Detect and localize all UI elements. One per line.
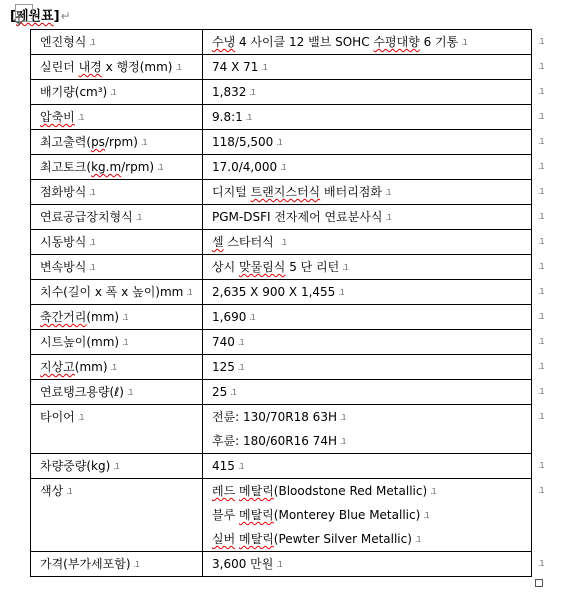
misspelled-text: ps (91, 135, 105, 149)
cell-end-mark: .1 (249, 81, 255, 104)
spec-text: 연료탱크용량(ℓ) (40, 385, 124, 399)
cell-end-mark: .1 (249, 306, 255, 329)
text-line: 치수(길이 x 폭 x 높이)mm.1 (31, 280, 202, 304)
spec-text: 가격(부가세포함) (40, 557, 131, 571)
text-line: 배기량(cm³).1 (31, 80, 202, 104)
table-row: 연료공급장치형식.1PGM-DSFI 전자제어 연료분사식.1.1 (30, 205, 532, 230)
text-line: 디지털 트랜지스터식 배터리점화.1 (203, 180, 531, 204)
spec-label-cell: 연료공급장치형식.1 (30, 205, 203, 229)
misspelled-text: 실버 (212, 532, 235, 546)
spec-text: 차량중량(kg) (40, 459, 110, 473)
spec-label-cell: 연료탱크용량(ℓ).1 (30, 380, 203, 404)
cell-end-mark: .1 (113, 455, 119, 478)
cell-end-mark: .1 (340, 430, 346, 453)
text-line: 점화방식.1 (31, 180, 202, 204)
row-end-mark: .1 (538, 486, 544, 495)
misspelled-text: 레드 (212, 484, 235, 498)
text-line: 125.1 (203, 355, 531, 379)
spec-text: 125 (212, 360, 235, 374)
misspelled-text: 수냉 (212, 35, 235, 49)
spec-label-cell: 차량중량(kg).1 (30, 454, 203, 478)
text-line: 수냉 4 사이클 12 밸브 SOHC 수평대향 6 기통.1 (203, 30, 531, 54)
cell-end-mark: .1 (122, 306, 128, 329)
spec-value-cell: 125.1 (203, 355, 532, 379)
spec-label-cell: 색상.1 (30, 479, 203, 551)
text-line: 최고출력(ps/rpm).1 (31, 130, 202, 154)
text-line: 가격(부가세포함).1 (31, 552, 202, 576)
spec-label-cell: 압축비.1 (30, 105, 203, 129)
spec-value-cell: 740.1 (203, 330, 532, 354)
spec-value-cell: 25.1 (203, 380, 532, 404)
spec-value-cell: 1,690.1 (203, 305, 532, 329)
row-end-mark: .1 (538, 187, 544, 196)
text-line (31, 503, 202, 527)
text-line: 차량중량(kg).1 (31, 454, 202, 478)
cell-end-mark: .1 (136, 206, 142, 229)
misspelled-text: 셀 (212, 235, 224, 249)
text-line: 17.0/4,000.1 (203, 155, 531, 179)
row-end-mark: .1 (538, 62, 544, 71)
text-line: 변속방식.1 (31, 255, 202, 279)
spec-label-cell: 가격(부가세포함).1 (30, 552, 203, 576)
spec-text: 2,635 X 900 X 1,455 (212, 285, 335, 299)
spec-value-cell: 레드 메탈릭(Bloodstone Red Metallic).1블루 메탈릭(… (203, 479, 532, 551)
text-line: 타이어.1 (31, 405, 202, 429)
misspelled-text: 내경 (79, 60, 102, 74)
misspelled-text: 축간거리 (40, 310, 86, 324)
table-row: 축간거리(mm).11,690.1.1 (30, 305, 532, 330)
spec-text: PGM-DSFI 전자제어 연료분사식 (212, 210, 382, 224)
row-end-mark: .1 (538, 387, 544, 396)
spec-text: 118/5,500 (212, 135, 273, 149)
table-row: 시동방식.1셀 스타터식 .1.1 (30, 230, 532, 255)
cell-end-mark: .1 (78, 106, 84, 129)
text-line: 시동방식.1 (31, 230, 202, 254)
table-row: 점화방식.1디지털 트랜지스터식 배터리점화.1.1 (30, 180, 532, 205)
table-resize-handle[interactable] (535, 579, 543, 587)
misspelled-text: 트랜지스터식 (251, 185, 321, 199)
cell-end-mark: .1 (246, 106, 252, 129)
spec-label-cell: 변속방식.1 (30, 255, 203, 279)
text-line: 최고토크(kg.m/rpm).1 (31, 155, 202, 179)
spec-text: 4 사이클 12 밸브 SOHC (235, 35, 373, 49)
spec-text: 5 단 리턴 (285, 260, 339, 274)
spec-label-cell: 치수(길이 x 폭 x 높이)mm.1 (30, 280, 203, 304)
row-end-mark: .1 (538, 559, 544, 568)
spec-value-cell: PGM-DSFI 전자제어 연료분사식.1 (203, 205, 532, 229)
row-end-mark: .1 (538, 287, 544, 296)
cell-end-mark: .1 (238, 356, 244, 379)
table-row: 지상고(mm).1125.1.1 (30, 355, 532, 380)
text-line: 후륜: 180/60R16 74H.1 (203, 429, 531, 453)
cell-end-mark: .1 (423, 504, 429, 527)
object-anchor-icon[interactable] (13, 11, 25, 25)
table-row: 색상.1레드 메탈릭(Bloodstone Red Metallic).1블루 … (30, 479, 532, 552)
spec-text: (mm) (86, 310, 119, 324)
spec-value-cell: 디지털 트랜지스터식 배터리점화.1 (203, 180, 532, 204)
misspelled-text: 맞물림식 (239, 260, 285, 274)
table-row: 변속방식.1상시 맞물림식 5 단 리턴.1.1 (30, 255, 532, 280)
spec-text: (Bloodstone Red Metallic) (274, 484, 427, 498)
cell-end-mark: .1 (127, 381, 133, 404)
cell-end-mark: .1 (280, 156, 286, 179)
misspelled-text: 지상고 (40, 360, 75, 374)
cell-end-mark: .1 (122, 331, 128, 354)
row-end-mark: .1 (538, 237, 544, 246)
table-row: 배기량(cm³).11,832.1.1 (30, 80, 532, 105)
text-line: 25.1 (203, 380, 531, 404)
text-line: 레드 메탈릭(Bloodstone Red Metallic).1 (203, 479, 531, 503)
spec-text: 상시 (212, 260, 239, 274)
text-line: 지상고(mm).1 (31, 355, 202, 379)
cell-end-mark: .1 (238, 455, 244, 478)
spec-text: (Pewter Silver Metallic) (274, 532, 412, 546)
cell-end-mark: .1 (385, 206, 391, 229)
cell-end-mark: .1 (281, 231, 287, 254)
text-line: 1,832.1 (203, 80, 531, 104)
spec-text: 시동방식 (40, 235, 86, 249)
text-line: 118/5,500.1 (203, 130, 531, 154)
spec-label-cell: 실린더 내경 x 행정(mm).1 (30, 55, 203, 79)
table-row: 치수(길이 x 폭 x 높이)mm.12,635 X 900 X 1,455.1… (30, 280, 532, 305)
row-end-mark: .1 (538, 37, 544, 46)
cell-end-mark: .1 (385, 181, 391, 204)
spec-text: 740 (212, 335, 235, 349)
text-line: 색상.1 (31, 479, 202, 503)
spec-value-cell: 17.0/4,000.1 (203, 155, 532, 179)
text-line: 9.8:1.1 (203, 105, 531, 129)
spec-value-cell: 수냉 4 사이클 12 밸브 SOHC 수평대향 6 기통.1 (203, 30, 532, 54)
row-end-mark: .1 (538, 337, 544, 346)
cell-end-mark: .1 (89, 31, 95, 54)
spec-text: 치수(길이 x 폭 x 높이)mm (40, 285, 183, 299)
spec-text: 후륜: 180/60R16 74H (212, 434, 337, 448)
cell-end-mark: .1 (89, 256, 95, 279)
misspelled-text: 메탈릭 (239, 532, 274, 546)
spec-text: /rpm) (105, 135, 138, 149)
paragraph-mark-icon: ↵ (61, 9, 71, 23)
cell-end-mark: .1 (89, 231, 95, 254)
cell-end-mark: .1 (430, 480, 436, 503)
cell-end-mark: .1 (415, 528, 421, 551)
spec-text: 1,832 (212, 85, 246, 99)
spec-text: (Monterey Blue Metallic) (274, 508, 420, 522)
text-line: 블루 메탈릭(Monterey Blue Metallic).1 (203, 503, 531, 527)
row-end-mark: .1 (538, 312, 544, 321)
spec-text: (mm) (75, 360, 108, 374)
cell-end-mark: .1 (89, 181, 95, 204)
spec-text: /rpm) (121, 160, 154, 174)
misspelled-text: 수평대향 (373, 35, 419, 49)
cell-end-mark: .1 (276, 553, 282, 576)
spec-text: x 행정(mm) (102, 60, 173, 74)
cell-end-mark: .1 (230, 381, 236, 404)
table-row: 연료탱크용량(ℓ).125.1.1 (30, 380, 532, 405)
spec-text: 블루 (212, 508, 239, 522)
spec-text: 6 기통 (420, 35, 458, 49)
spec-value-cell: 3,600 만원.1 (203, 552, 532, 576)
cell-end-mark: .1 (78, 406, 84, 429)
text-line: 1,690.1 (203, 305, 531, 329)
misspelled-text: 메탈릭 (239, 508, 274, 522)
cell-end-mark: .1 (261, 56, 267, 79)
table-row: 시트높이(mm).1740.1.1 (30, 330, 532, 355)
text-line: 엔진형식.1 (31, 30, 202, 54)
table-row: 타이어.1전륜: 130/70R18 63H.1후륜: 180/60R16 74… (30, 405, 532, 454)
row-end-mark: .1 (538, 362, 544, 371)
spec-text: 실린더 (40, 60, 79, 74)
text-line: 전륜: 130/70R18 63H.1 (203, 405, 531, 429)
spec-text: 색상 (40, 484, 63, 498)
spec-text: 최고토크( (40, 160, 91, 174)
title-close-bracket: ] (54, 9, 60, 24)
spec-text: 연료공급장치형식 (40, 210, 133, 224)
text-line: 셀 스타터식 .1 (203, 230, 531, 254)
row-end-mark: .1 (538, 412, 544, 421)
spec-label-cell: 타이어.1 (30, 405, 203, 453)
text-line: 연료탱크용량(ℓ).1 (31, 380, 202, 404)
text-line: 압축비.1 (31, 105, 202, 129)
cell-end-mark: .1 (175, 56, 181, 79)
table-row: 엔진형식.1수냉 4 사이클 12 밸브 SOHC 수평대향 6 기통.1.1 (30, 30, 532, 55)
spec-text: 74 X 71 (212, 60, 258, 74)
text-line: PGM-DSFI 전자제어 연료분사식.1 (203, 205, 531, 229)
text-line: 연료공급장치형식.1 (31, 205, 202, 229)
text-line: 740.1 (203, 330, 531, 354)
spec-text: 변속방식 (40, 260, 86, 274)
cell-end-mark: .1 (342, 256, 348, 279)
spec-text: 1,690 (212, 310, 246, 324)
text-line: 상시 맞물림식 5 단 리턴.1 (203, 255, 531, 279)
row-end-mark: .1 (538, 461, 544, 470)
misspelled-text: 압축비 (40, 110, 75, 124)
text-line: 시트높이(mm).1 (31, 330, 202, 354)
spec-value-cell: 1,832.1 (203, 80, 532, 104)
spec-text: 최고출력( (40, 135, 91, 149)
cell-end-mark: .1 (157, 156, 163, 179)
cell-end-mark: .1 (134, 553, 140, 576)
spec-label-cell: 엔진형식.1 (30, 30, 203, 54)
misspelled-text: 메탈릭 (239, 484, 274, 498)
cell-end-mark: .1 (238, 331, 244, 354)
spec-value-cell: 9.8:1.1 (203, 105, 532, 129)
text-line: 2,635 X 900 X 1,455.1 (203, 280, 531, 304)
cell-end-mark: .1 (66, 480, 72, 503)
cell-end-mark: .1 (111, 356, 117, 379)
spec-text: 배터리점화 (320, 185, 382, 199)
cell-end-mark: .1 (461, 31, 467, 54)
spec-text: 엔진형식 (40, 35, 86, 49)
cell-end-mark: .1 (338, 281, 344, 304)
spec-value-cell: 셀 스타터식 .1 (203, 230, 532, 254)
spec-label-cell: 점화방식.1 (30, 180, 203, 204)
text-line: 74 X 71.1 (203, 55, 531, 79)
spec-text: 스타터식 (224, 235, 278, 249)
row-end-mark: .1 (538, 87, 544, 96)
text-line: 축간거리(mm).1 (31, 305, 202, 329)
text-line: 실린더 내경 x 행정(mm).1 (31, 55, 202, 79)
spec-value-cell: 415.1 (203, 454, 532, 478)
spec-table: 엔진형식.1수냉 4 사이클 12 밸브 SOHC 수평대향 6 기통.1.1실… (30, 29, 532, 577)
spec-label-cell: 축간거리(mm).1 (30, 305, 203, 329)
spec-label-cell: 배기량(cm³).1 (30, 80, 203, 104)
cell-end-mark: .1 (340, 406, 346, 429)
spec-text: 25 (212, 385, 227, 399)
spec-text: 시트높이(mm) (40, 335, 119, 349)
spec-value-cell: 74 X 71.1 (203, 55, 532, 79)
spec-text: 배기량(cm³) (40, 85, 107, 99)
spec-value-cell: 상시 맞물림식 5 단 리턴.1 (203, 255, 532, 279)
text-line (31, 527, 202, 551)
table-row: 최고토크(kg.m/rpm).117.0/4,000.1.1 (30, 155, 532, 180)
spec-text: 9.8:1 (212, 110, 243, 124)
table-row: 가격(부가세포함).13,600 만원.1.1 (30, 552, 532, 577)
text-line: 실버 메탈릭(Pewter Silver Metallic).1 (203, 527, 531, 551)
spec-text: 전륜: 130/70R18 63H (212, 410, 337, 424)
spec-text: 타이어 (40, 410, 75, 424)
table-row: 압축비.19.8:1.1.1 (30, 105, 532, 130)
spec-text: 점화방식 (40, 185, 86, 199)
text-line (31, 429, 202, 453)
table-row: 실린더 내경 x 행정(mm).174 X 71.1.1 (30, 55, 532, 80)
row-end-mark: .1 (538, 262, 544, 271)
spec-value-cell: 118/5,500.1 (203, 130, 532, 154)
cell-end-mark: .1 (276, 131, 282, 154)
spec-value-cell: 2,635 X 900 X 1,455.1 (203, 280, 532, 304)
spec-label-cell: 최고토크(kg.m/rpm).1 (30, 155, 203, 179)
misspelled-text: kg.m (91, 160, 121, 174)
table-row: 차량중량(kg).1415.1.1 (30, 454, 532, 479)
spec-text: 3,600 만원 (212, 557, 273, 571)
row-end-mark: .1 (538, 137, 544, 146)
text-line: 3,600 만원.1 (203, 552, 531, 576)
cell-end-mark: .1 (141, 131, 147, 154)
document-page: [제원표]↵ 엔진형식.1수냉 4 사이클 12 밸브 SOHC 수평대향 6 … (0, 0, 562, 597)
cell-end-mark: .1 (110, 81, 116, 104)
row-end-mark: .1 (538, 112, 544, 121)
row-end-mark: .1 (538, 212, 544, 221)
cell-end-mark: .1 (186, 281, 192, 304)
text-line: 415.1 (203, 454, 531, 478)
spec-label-cell: 시트높이(mm).1 (30, 330, 203, 354)
spec-text: 디지털 (212, 185, 251, 199)
spec-text: 17.0/4,000 (212, 160, 277, 174)
spec-label-cell: 시동방식.1 (30, 230, 203, 254)
spec-label-cell: 지상고(mm).1 (30, 355, 203, 379)
row-end-mark: .1 (538, 162, 544, 171)
spec-value-cell: 전륜: 130/70R18 63H.1후륜: 180/60R16 74H.1 (203, 405, 532, 453)
spec-text: 415 (212, 459, 235, 473)
table-row: 최고출력(ps/rpm).1118/5,500.1.1 (30, 130, 532, 155)
spec-label-cell: 최고출력(ps/rpm).1 (30, 130, 203, 154)
